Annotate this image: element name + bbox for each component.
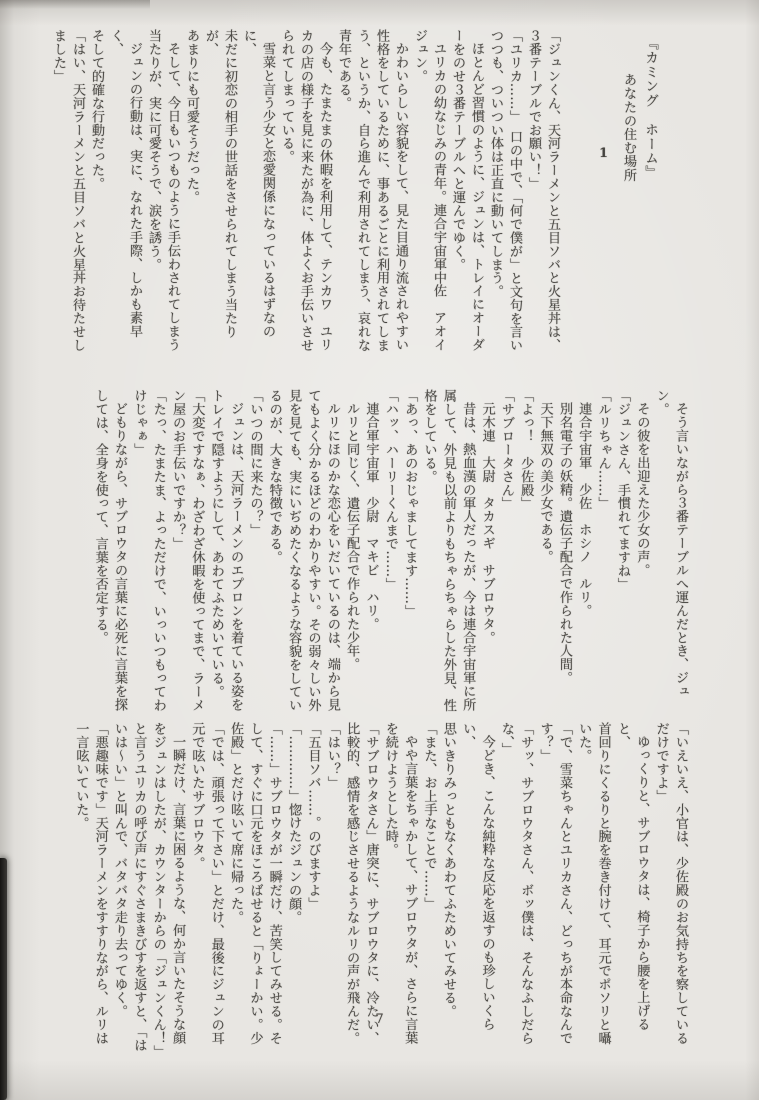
- text-column-group: そう言いながら３番テーブルへ運んだとき、ジュン。その彼を出迎えた少女の声。「ジュ…: [90, 389, 690, 721]
- text-line: 元で呟いたサブロウタ。: [187, 722, 206, 1054]
- text-line: 「また、お上手なことで……」: [419, 722, 438, 1054]
- text-line: をジュンはしたが、カウンターからの「ジュンくん！」: [148, 722, 167, 1054]
- text-line: 別名電子の妖精。遺伝子配合で作られた人間。: [555, 389, 574, 721]
- text-line: 連合軍宇宙軍 少尉 マキビ ハリ。: [361, 389, 380, 721]
- text-line: かわいらしい容貌をして、見た目通り流されやすい: [391, 29, 410, 361]
- text-line: 思いきりみっともなくあわてふためいてみせる。: [439, 722, 458, 1054]
- text-line: 「ユリカ……」 口の中で、「何で僕が」と文句を言い: [505, 29, 524, 361]
- text-line: ゆっくりと、サブロウタは、椅子から腰を上げると、: [613, 722, 652, 1054]
- text-line: いた。: [574, 722, 593, 1054]
- text-line: 当たりが、実に可愛そうで、涙を誘う。: [144, 29, 163, 361]
- text-line: どもりながら、サブロウタの言葉に必死に言葉を探: [110, 389, 129, 721]
- text-line: 「では、頑張って下さい」とだけ、最後にジュンの耳: [206, 722, 225, 1054]
- text-line: 一言呟いていた。: [71, 722, 90, 1054]
- text-line: 青年である。: [334, 29, 353, 361]
- text-tier-bottom: 「いえいえ、小官は、少佐殿のお気持ちを察しているだけですよ」ゆっくりと、サブロウ…: [71, 722, 690, 1054]
- text-line: 天下無双の美少女である。: [535, 389, 554, 721]
- text-line: 「よっ！ 少佐殿」: [516, 389, 535, 721]
- text-line: 今どき、こんな純粋な反応を返すのも珍しいくらい、: [458, 722, 497, 1054]
- text-line: ジュンの行動は、実に、なれた手際、しかも素早く、: [106, 29, 144, 361]
- text-line: 「で、雪菜ちゃんとユリカさん、どっちが本命なんで: [555, 722, 574, 1054]
- text-line: つつも、ついつい体は正直に動いてしまう。: [486, 29, 505, 361]
- binding-edge-shadow: [0, 858, 7, 1100]
- text-line: 今も、たまたまの休暇を利用して、テンカワ ユリ: [315, 29, 334, 361]
- scan-edge-shadow-top: [0, 0, 150, 9]
- text-line: 佐殿」とだけ呟いて席に帰った。: [226, 722, 245, 1054]
- text-line: 元木連 大尉 タカスギ サブロウタ。: [477, 389, 496, 721]
- text-line: ジュン。: [410, 29, 429, 361]
- text-line: ユリカの幼なじみの青年。連合宇宙軍中佐 アオイ: [429, 29, 448, 361]
- text-line: 「ジュンさん、手慣れてますね」: [613, 389, 632, 721]
- text-line: 性格をしているために、事あるごとに利用されてしま: [372, 29, 391, 361]
- text-line: そして、今日もいつものように手伝わされてしまう: [163, 29, 182, 361]
- text-line: られてしまっている。: [277, 29, 296, 361]
- text-line: して、すぐに口元をほころばせると「りょーかい。少: [245, 722, 264, 1054]
- text-line: いは〜い」と叫んで、バタバタ走り去ってゆく。: [110, 722, 129, 1054]
- text-line: 「たっ、たまたま、よっただけで、いっいつもってわ: [148, 389, 167, 721]
- text-line: 「あっ、あのおじゃましてます……」: [400, 389, 419, 721]
- text-line: 「ジュンくん、天河ラーメンと五目ソバと火星丼は、: [543, 29, 562, 361]
- text-line: ほとんど習慣のように、ジュンは、トレイにオーダ: [467, 29, 486, 361]
- text-line: 「いえいえ、小官は、少佐殿のお気持ちを察している: [671, 722, 690, 1054]
- story-subtitle: あなたの住む場所: [618, 29, 639, 361]
- text-line: 首回りにくるりと腕を巻き付けて、耳元でポソリと囁: [593, 722, 612, 1054]
- text-line: す？」: [535, 722, 554, 1054]
- text-line: 雪菜と言う少女と恋愛関係になっているはずなのに、: [239, 29, 277, 361]
- text-line: ーをのせ３番テーブルへと運んでゆく。: [448, 29, 467, 361]
- text-line: ました」: [49, 29, 68, 361]
- text-line: 「サブロータさん」: [497, 389, 516, 721]
- text-line: 見を見ても、実にいぢめたくなるような容貌をしてい: [284, 389, 303, 721]
- text-tier-middle: そう言いながら３番テーブルへ運んだとき、ジュン。その彼を出迎えた少女の声。「ジュ…: [90, 389, 690, 721]
- text-line: 「……」サブロウタが一瞬だけ、苦笑してみせる。そ: [264, 722, 283, 1054]
- text-line: ジュンは、天河ラーメンのエプロンを着ている姿を: [226, 389, 245, 721]
- text-line: ン屋のお手伝いですか？」: [168, 389, 187, 721]
- text-line: しては、全身を使って、言葉を否定する。: [90, 389, 109, 721]
- text-column-group: 「いえいえ、小官は、少佐殿のお気持ちを察しているだけですよ」ゆっくりと、サブロウ…: [71, 722, 690, 1054]
- text-line: そして的確な行動だった。: [87, 29, 106, 361]
- text-line: トレイで隠すようにして、あわてふためいている。: [206, 389, 225, 721]
- text-line: 属して、外見も以前よりもちゃらちゃらした外見、性: [439, 389, 458, 721]
- text-line: ルリにほのかな恋心をいだいているのは、端から見: [322, 389, 341, 721]
- chapter-number: 1: [588, 29, 618, 361]
- text-line: てもよく分かるほどのわかりやすい。その弱々しい外: [303, 389, 322, 721]
- text-line: 「ルリちゃん……」: [593, 389, 612, 721]
- text-line: 連合宇宙軍 少佐 ホシノ ルリ。: [574, 389, 593, 721]
- text-line: 「五目ソバ……。のびますよ」: [303, 722, 322, 1054]
- text-line: あまりにも可愛そうだった。: [182, 29, 201, 361]
- text-tier-top: 『カミング ホーム』 あなたの住む場所 1 「ジュンくん、天河ラーメンと五目ソバ…: [49, 29, 660, 361]
- text-line: を続けようとした時。: [381, 722, 400, 1054]
- text-line: 「…………」惚けたジュンの顔。: [284, 722, 303, 1054]
- story-title-block: 『カミング ホーム』 あなたの住む場所 1: [588, 29, 660, 361]
- text-line: やや言葉をちゃかして、サブロウタが、さらに言葉: [400, 722, 419, 1054]
- text-line: だけですよ」: [651, 722, 670, 1054]
- text-line: 「はい？」: [322, 722, 341, 1054]
- text-line: 一瞬だけ、言葉に困るような、何か言いたそうな顔: [168, 722, 187, 1054]
- text-line: と言うユリカの呼び声にすぐさまきびすを返すと、「は: [129, 722, 148, 1054]
- text-line: 「サッ、サブロウタさん、ボッ僕は、そんなふしだら: [516, 722, 535, 1054]
- text-line: そう言いながら３番テーブルへ運んだとき、ジュン。: [651, 389, 690, 721]
- text-line: 「サブロウタさん」唐突に、サブロウタに、冷たい、: [361, 722, 380, 1054]
- text-line: 「ハッ、ハーリーくんまで……」: [381, 389, 400, 721]
- scanned-novel-page: 『カミング ホーム』 あなたの住む場所 1 「ジュンくん、天河ラーメンと五目ソバ…: [0, 0, 759, 1100]
- text-line: 「悪趣味です」天河ラーメンをすすりながら、ルリは: [90, 722, 109, 1054]
- text-line: 未だに初恋の相手の世話をさせられてしまう当たりが、: [201, 29, 239, 361]
- text-line: カの店の様子を見に来たが為に、体よくお手伝いさせ: [296, 29, 315, 361]
- text-line: 格をしている。: [419, 389, 438, 721]
- text-line: 比較的、感情を感じさせるようなルリの声が飛んだ。: [342, 722, 361, 1054]
- text-line: ルリと同じく、遺伝子配合で作られた少年。: [342, 389, 361, 721]
- text-line: けじゃぁ」: [129, 389, 148, 721]
- page-number: 7: [0, 1012, 759, 1027]
- text-line: 「いつの間に来たの？」: [245, 389, 264, 721]
- text-line: ３番テーブルでお願い！」: [524, 29, 543, 361]
- text-line: 「はい、天河ラーメンと五目ソバと火星丼お待たせし: [68, 29, 87, 361]
- text-line: その彼を出迎えた少女の声。: [632, 389, 651, 721]
- text-line: るのが、大きな特徴である。: [264, 389, 283, 721]
- story-title: 『カミング ホーム』: [639, 29, 660, 361]
- text-line: う、というか、自ら進んで利用されてしまう、哀れな: [353, 29, 372, 361]
- text-line: な、」: [497, 722, 516, 1054]
- text-line: 「大変ですなぁ、わざわざ休暇を使ってまで、ラーメ: [187, 389, 206, 721]
- text-column-group: 「ジュンくん、天河ラーメンと五目ソバと火星丼は、３番テーブルでお願い！」「ユリカ…: [49, 29, 562, 361]
- text-line: 昔は、熱血漢の軍人だったが、今は連合宇宙軍に所: [458, 389, 477, 721]
